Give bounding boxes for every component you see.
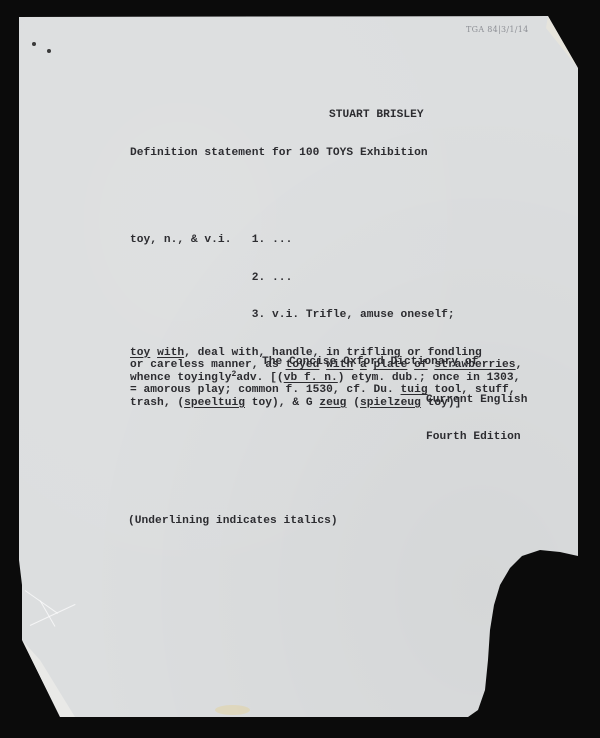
archive-reference: TGA 84|3/1/14 xyxy=(466,25,529,34)
text-segment: whence toyingly xyxy=(130,372,231,384)
entry-sense-line: 2. ... xyxy=(130,272,522,285)
text-segment: trash, ( xyxy=(130,397,184,409)
sense-number: 1. xyxy=(252,234,266,246)
paper-stain xyxy=(215,705,250,715)
underlined-text: speeltuig xyxy=(184,397,245,409)
source-citation: The Concise Oxford Dictionary of Current… xyxy=(262,331,527,469)
sense-text: v.i. Trifle, amuse oneself; xyxy=(272,309,455,321)
document-title: Definition statement for 100 TOYS Exhibi… xyxy=(130,147,428,160)
staple-hole xyxy=(47,49,51,53)
source-line: Fourth Edition xyxy=(262,431,527,444)
entry-first-line: toy, n., & v.i. 1. ... xyxy=(130,234,522,247)
source-line: Current English xyxy=(262,394,527,407)
headword: toy, n., & v.i. xyxy=(130,234,231,246)
entry-sense-line: 3. v.i. Trifle, amuse oneself; xyxy=(130,309,522,322)
sense-text: ... xyxy=(272,234,292,246)
underlined-text: toy xyxy=(130,347,150,359)
author-name: STUART BRISLEY xyxy=(329,109,424,122)
footnote: (Underlining indicates italics) xyxy=(128,515,338,528)
document-page: TGA 84|3/1/14 STUART BRISLEY Definition … xyxy=(0,0,600,738)
sense-text: ... xyxy=(272,272,292,284)
source-line: The Concise Oxford Dictionary of xyxy=(262,356,527,369)
staple-hole xyxy=(32,42,36,46)
sense-number: 2. xyxy=(252,272,266,284)
sense-number: 3. xyxy=(252,309,266,321)
underlined-text: with xyxy=(157,347,184,359)
